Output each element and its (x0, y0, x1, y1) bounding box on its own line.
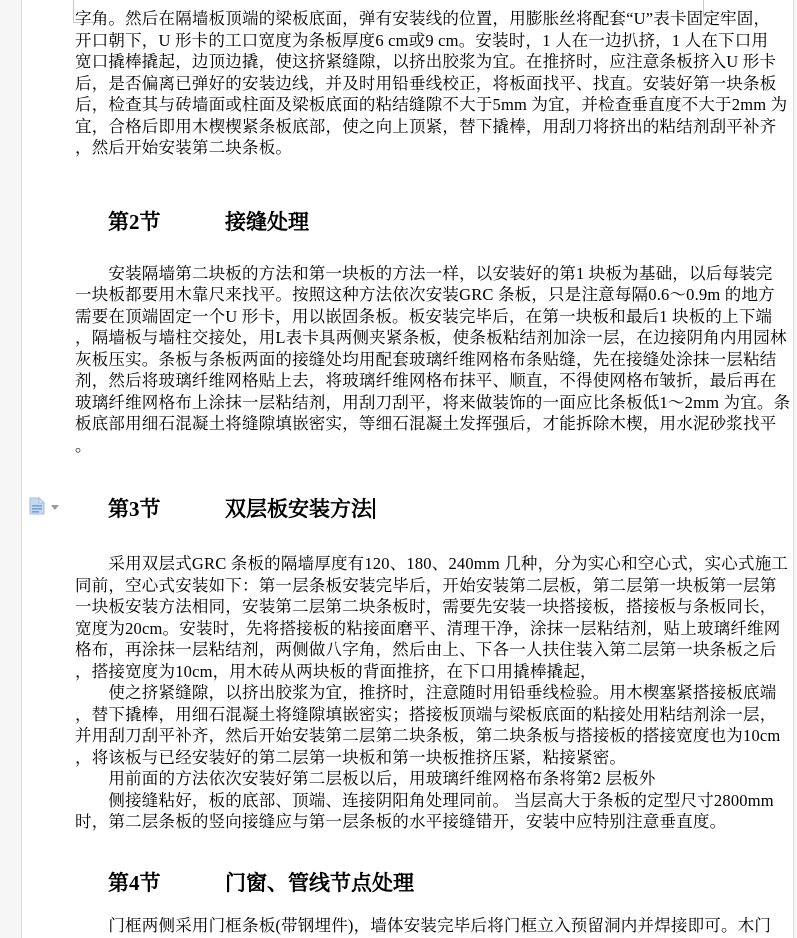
text-line[interactable]: 时，第二层条板的竖向接缝应与第一层条板的水平接缝错开，安装中应特别注意垂直度。 (75, 811, 731, 833)
section-heading[interactable]: 第2节接缝处理 (108, 209, 731, 235)
paragraph: 采用双层式GRC 条板的隔墙厚度有120、180、240mm 几种，分为实心和空… (75, 553, 731, 833)
text-line[interactable]: 。 (75, 435, 731, 457)
text-line[interactable]: 后，是否偏离已弹好的安装边线，并及时用铅垂线校正，将板面找平、找直。安装好第一块… (75, 73, 731, 95)
text-line[interactable]: 用前面的方法依次安装好第二层板以后，用玻璃纤维网格布条将第2 层板外 (75, 768, 731, 790)
heading-title: 门窗、管线节点处理 (225, 871, 414, 895)
text-line[interactable]: 宜，合格后即用木楔楔紧条板底部，使之向上顶紧，替下撬棒，用刮刀将挤出的粘结剂刮平… (75, 116, 731, 138)
paste-options-button[interactable] (28, 497, 59, 515)
text-line[interactable]: ，然后开始安装第二块条板。 (75, 137, 731, 159)
dropdown-arrow-icon (51, 505, 59, 510)
text-line[interactable]: 一块板安装方法相同，安装第二层第二块条板时，需要先安装一块搭接板，搭接板与条板同… (75, 596, 731, 618)
text-line[interactable]: 格布，再涂抹一层粘结剂，两侧做八字角，然后由上、下各一人扶住装入第二层第一块条板… (75, 639, 731, 661)
paragraph: 字角。然后在隔墙板顶端的梁板底面，弹有安装线的位置，用膨胀丝将配套“U”表卡固定… (75, 8, 731, 159)
paragraph: 门框两侧采用门框条板(带钢埋件)，墙体安装完毕后将门框立入预留洞内并焊接即可。木… (75, 915, 731, 937)
text-line[interactable]: 侧接缝粘好，板的底部、顶端、连接阴阳角处理同前。 当层高大于条板的定型尺寸280… (75, 790, 731, 812)
margin-crop-mark-top-left-vertical (73, 0, 74, 22)
document-page[interactable]: 字角。然后在隔墙板顶端的梁板底面，弹有安装线的位置，用膨胀丝将配套“U”表卡固定… (21, 0, 794, 938)
paste-options-icon (28, 497, 46, 515)
text-line[interactable]: 玻璃纤维网格布上涂抹一层粘结剂，用刮刀刮平，将来做装饰的一面应比条板低1～2mm… (75, 392, 731, 414)
text-cursor (373, 498, 375, 519)
text-line[interactable]: 使之挤紧缝隙，以挤出胶浆为宜，推挤时，注意随时用铅垂线检验。用木楔塞紧搭接板底端 (75, 682, 731, 704)
heading-number: 第2节 (108, 209, 225, 235)
text-line[interactable]: 字角。然后在隔墙板顶端的梁板底面，弹有安装线的位置，用膨胀丝将配套“U”表卡固定… (75, 8, 731, 30)
text-line[interactable]: 板底部用细石混凝土将缝隙填嵌密实，等细石混凝土发挥强后，才能拆除木楔，用水泥砂浆… (75, 413, 731, 435)
text-line[interactable]: 并用刮刀刮平补齐，然后开始安装第二层第二块条板，第二块条板与搭接板的搭接宽度也为… (75, 725, 731, 747)
text-line[interactable]: ，搭接宽度为10cm，用木砖从两块板的背面推挤，在下口用撬棒撬起， (75, 661, 731, 683)
section-heading[interactable]: 第3节双层板安装方法 (108, 496, 731, 522)
text-line[interactable]: ，替下撬棒，用细石混凝土将缝隙填嵌密实；搭接板顶端与梁板底面的粘接处用粘结剂涂一… (75, 704, 731, 726)
text-line[interactable]: 灰板压实。条板与条板两面的接缝处均用配套玻璃纤维网格布条贴缝，先在接缝处涂抹一层… (75, 349, 731, 371)
text-line[interactable]: 需要在顶端固定一个U 形卡，用以嵌固条板。板安装完毕后，在第一块板和最后1 块板… (75, 306, 731, 328)
text-line[interactable]: 宽度为20cm。安装时，先将搭接板的粘接面磨平、清理干净，涂抹一层粘结剂，贴上玻… (75, 618, 731, 640)
paragraph: 安装隔墙第二块板的方法和第一块板的方法一样，以安装好的第1 块板为基础，以后每装… (75, 263, 731, 457)
heading-title: 接缝处理 (225, 210, 309, 234)
heading-number: 第4节 (108, 870, 225, 896)
text-line[interactable]: 门框两侧采用门框条板(带钢埋件)，墙体安装完毕后将门框立入预留洞内并焊接即可。木… (75, 915, 731, 937)
document-content: 字角。然后在隔墙板顶端的梁板底面，弹有安装线的位置，用膨胀丝将配套“U”表卡固定… (75, 8, 731, 936)
text-line[interactable]: 一块板都要用木靠尺来找平。按照这种方法依次安装GRC 条板，只是注意每隔0.6～… (75, 284, 731, 306)
text-line[interactable]: 安装隔墙第二块板的方法和第一块板的方法一样，以安装好的第1 块板为基础，以后每装… (75, 263, 731, 285)
section-heading[interactable]: 第4节门窗、管线节点处理 (108, 870, 731, 896)
heading-number: 第3节 (108, 496, 225, 522)
text-line[interactable]: 开口朝下，U 形卡的工口宽度为条板厚度6 cm或9 cm。安装时，1 人在一边扒… (75, 30, 731, 52)
text-line[interactable]: ，隔墙板与墙柱交接处，用L表卡具两侧夹紧条板，使条板粘结剂加涂一层，在边接阴角内… (75, 327, 731, 349)
text-line[interactable]: 宽口撬棒撬起，边顶边撬，使这挤紧缝隙，以挤出胶浆为宜。在推挤时，应注意条板挤入U… (75, 51, 731, 73)
text-line[interactable]: 剂，然后将玻璃纤维网格贴上去，将玻璃纤维网格布抹平、顺直，不得使网格布皱折，最后… (75, 370, 731, 392)
text-line[interactable]: ，将该板与已经安装好的第二层第一块板和第一块板推挤压紧，粘接紧密。 (75, 747, 731, 769)
text-line[interactable]: 后，检查其与砖墙面或柱面及梁板底面的粘结缝隙不大于5mm 为宜，并检查垂直度不大… (75, 94, 731, 116)
word-app-canvas: { "page": { "background_color": "#f6f6f6… (0, 0, 797, 938)
text-line[interactable]: 采用双层式GRC 条板的隔墙厚度有120、180、240mm 几种，分为实心和空… (75, 553, 731, 575)
heading-title: 双层板安装方法 (225, 497, 372, 521)
text-line[interactable]: 同前，空心式安装如下：第一层条板安装完毕后，开始安装第二层板，第二层第一块板第一… (75, 575, 731, 597)
